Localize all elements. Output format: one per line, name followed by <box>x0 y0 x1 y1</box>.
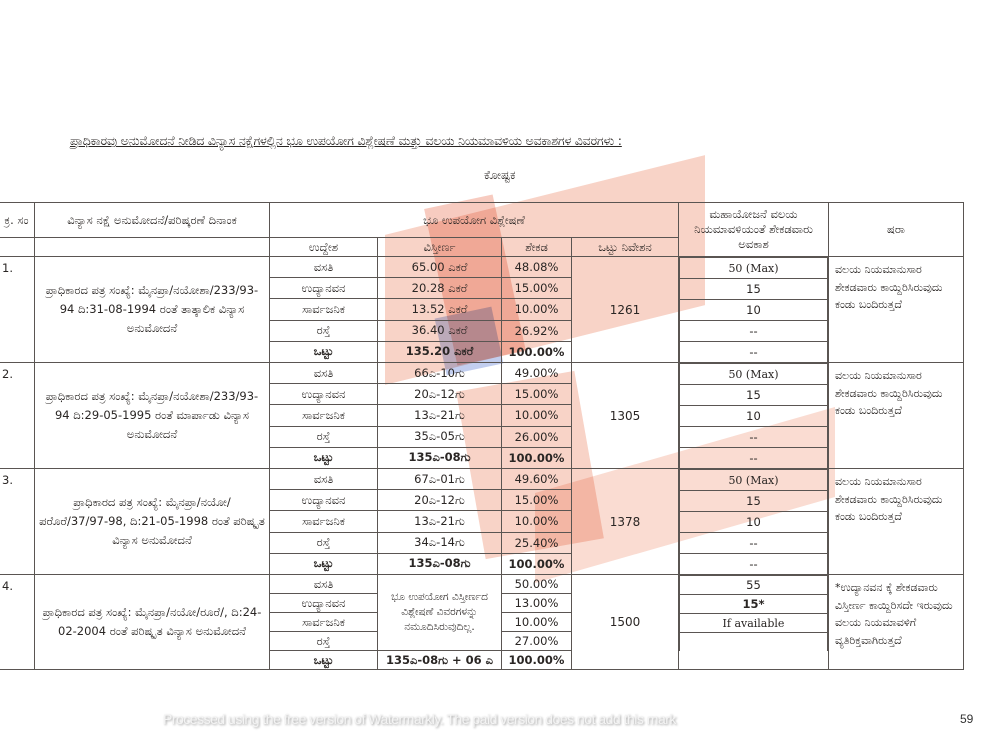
percent-cell: 15.00% <box>502 490 572 511</box>
area-cell: 20ಎ-12ಗು <box>378 384 502 405</box>
area-cell: 13ಎ-21ಗು <box>378 405 502 426</box>
area-cell: 20ಎ-12ಗು <box>378 490 502 511</box>
header-remarks: ಷರಾ <box>829 203 964 257</box>
total-plots: 1305 <box>572 363 679 469</box>
allowance-value: 55 <box>680 576 828 595</box>
total-plots: 1261 <box>572 257 679 363</box>
allowance-cell: 50 (Max)1510---- <box>679 257 829 363</box>
header-purpose: ಉದ್ದೇಶ <box>270 238 378 257</box>
remarks-cell: ವಲಯ ನಿಯಮಾನುಸಾರ ಶೇಕಡವಾರು ಕಾಯ್ದಿರಿಸಿರುವುದು… <box>829 257 964 363</box>
percent-cell: 50.00% <box>502 575 572 594</box>
allowance-value: 10 <box>680 300 828 321</box>
allowance-value: If available <box>680 614 828 633</box>
allowance-value: 15 <box>680 385 828 406</box>
area-cell: 35ಎ-05ಗು <box>378 426 502 447</box>
purpose-cell: ಒಟ್ಟು <box>270 447 378 468</box>
header-total-plots: ಒಟ್ಟು ನಿವೇಶನ <box>572 238 679 257</box>
land-use-table: ಕ್ರ. ಸಂ ವಿನ್ಯಾಸ ನಕ್ಷೆ ಅನುಮೋದನೆ/ಪರಿಷ್ಕರಣೆ… <box>0 202 964 670</box>
allowance-value: -- <box>680 554 828 575</box>
approval-details: ಪ್ರಾಧಿಕಾರದ ಪತ್ರ ಸಂಖ್ಯೆ: ಮೈನಪ್ರಾ/ನಯೋ/ಪರೊರ… <box>35 469 270 575</box>
remarks-cell: ವಲಯ ನಿಯಮಾನುಸಾರ ಶೇಕಡವಾರು ಕಾಯ್ದಿರಿಸಿರುವುದು… <box>829 469 964 575</box>
table-row: 4.ಪ್ರಾಧಿಕಾರದ ಪತ್ರ ಸಂಖ್ಯೆ: ಮೈನಪ್ರಾ/ನಯೋ/ರೂ… <box>0 575 964 594</box>
area-cell: 36.40 ಎಕರೆ <box>378 320 502 341</box>
percent-cell: 10.00% <box>502 613 572 632</box>
purpose-cell: ಸಾರ್ವಜನಿಕ <box>270 511 378 532</box>
header-land-use-analysis: ಭೂ ಉಪಯೋಗ ವಿಶ್ಲೇಷಣೆ <box>270 203 679 238</box>
percent-cell: 100.00% <box>502 447 572 468</box>
table-row: 2.ಪ್ರಾಧಿಕಾರದ ಪತ್ರ ಸಂಖ್ಯೆ: ಮೈನಪ್ರಾ/ನಯೋಶಾ/… <box>0 363 964 384</box>
allowance-list: 5515*If available <box>679 575 828 651</box>
percent-cell: 25.40% <box>502 532 572 553</box>
allowance-value: 10 <box>680 512 828 533</box>
table-row: 3.ಪ್ರಾಧಿಕಾರದ ಪತ್ರ ಸಂಖ್ಯೆ: ಮೈನಪ್ರಾ/ನಯೋ/ಪರ… <box>0 469 964 490</box>
total-plots: 1500 <box>572 575 679 670</box>
purpose-cell: ಉದ್ಯಾನವನ <box>270 490 378 511</box>
header-area: ವಿಸ್ತೀರ್ಣ <box>378 238 502 257</box>
area-cell: 65.00 ಎಕರೆ <box>378 257 502 278</box>
percent-cell: 49.60% <box>502 469 572 490</box>
allowance-value: -- <box>680 427 828 448</box>
percent-cell: 10.00% <box>502 511 572 532</box>
allowance-cell: 50 (Max)1510---- <box>679 363 829 469</box>
allowance-cell: 5515*If available <box>679 575 829 670</box>
allowance-list: 50 (Max)1510---- <box>679 257 828 362</box>
allowance-value: 50 (Max) <box>680 470 828 491</box>
purpose-cell: ಸಾರ್ವಜನಿಕ <box>270 299 378 320</box>
purpose-cell: ವಸತಿ <box>270 257 378 278</box>
purpose-cell: ವಸತಿ <box>270 575 378 594</box>
purpose-cell: ಸಾರ್ವಜನಿಕ <box>270 405 378 426</box>
page-title: ಪ್ರಾಧಿಕಾರವು ಅನುಮೋದನೆ ನೀಡಿದ ವಿನ್ಯಾಸ ನಕ್ಷೆ… <box>70 133 900 149</box>
watermark-text: Processed using the free version of Wate… <box>163 711 676 727</box>
allowance-value: 50 (Max) <box>680 364 828 385</box>
header-percent: ಶೇಕಡ <box>502 238 572 257</box>
purpose-cell: ಉದ್ಯಾನವನ <box>270 384 378 405</box>
allowance-value: -- <box>680 342 828 363</box>
header-sno: ಕ್ರ. ಸಂ <box>0 203 35 238</box>
allowance-value: 15 <box>680 279 828 300</box>
serial-number: 2. <box>0 363 35 469</box>
remarks-cell: ವಲಯ ನಿಯಮಾನುಸಾರ ಶೇಕಡವಾರು ಕಾಯ್ದಿರಿಸಿರುವುದು… <box>829 363 964 469</box>
area-cell: 67ಎ-01ಗು <box>378 469 502 490</box>
table-caption: ಕೋಷ್ಟಕ <box>484 168 515 183</box>
header-sno-blank <box>0 238 35 257</box>
percent-cell: 26.00% <box>502 426 572 447</box>
percent-cell: 15.00% <box>502 384 572 405</box>
allowance-value <box>680 633 828 652</box>
allowance-cell: 50 (Max)1510---- <box>679 469 829 575</box>
percent-cell: 100.00% <box>502 553 572 574</box>
area-cell: 135ಎ-08ಗು + 06 ಎ <box>378 651 502 670</box>
purpose-cell: ವಸತಿ <box>270 363 378 384</box>
purpose-cell: ಉದ್ಯಾನವನ <box>270 594 378 613</box>
percent-cell: 10.00% <box>502 299 572 320</box>
purpose-cell: ರಸ್ತೆ <box>270 426 378 447</box>
header-layout-blank <box>35 238 270 257</box>
purpose-cell: ರಸ್ತೆ <box>270 320 378 341</box>
purpose-cell: ರಸ್ತೆ <box>270 532 378 553</box>
purpose-cell: ವಸತಿ <box>270 469 378 490</box>
page-number: 59 <box>960 712 973 726</box>
purpose-cell: ಒಟ್ಟು <box>270 553 378 574</box>
allowance-value: 15 <box>680 491 828 512</box>
approval-details: ಪ್ರಾಧಿಕಾರದ ಪತ್ರ ಸಂಖ್ಯೆ: ಮೈನಪ್ರಾ/ನಯೋ/ರೂರೆ… <box>35 575 270 670</box>
total-plots: 1378 <box>572 469 679 575</box>
approval-details: ಪ್ರಾಧಿಕಾರದ ಪತ್ರ ಸಂಖ್ಯೆ: ಮೈನಪ್ರಾ/ನಯೋಶಾ/23… <box>35 257 270 363</box>
percent-cell: 15.00% <box>502 278 572 299</box>
area-note: ಭೂ ಉಪಯೋಗ ವಿಸ್ತೀರ್ಣದ ವಿಶ್ಲೇಷಣೆ ವಿವರಗಳನ್ನು… <box>378 575 502 651</box>
purpose-cell: ಒಟ್ಟು <box>270 651 378 670</box>
area-cell: 66ಎ-10ಗು <box>378 363 502 384</box>
area-cell: 135.20 ಎಕರೆ <box>378 341 502 362</box>
allowance-value: 50 (Max) <box>680 258 828 279</box>
purpose-cell: ರಸ್ತೆ <box>270 632 378 651</box>
remarks-cell: *ಉದ್ಯಾನವನ ಕ್ಕೆ ಶೇಕಡವಾರು ವಿಸ್ತೀರ್ಣ ಕಾಯ್ದಿ… <box>829 575 964 670</box>
header-zoning-allowance: ಮಹಾಯೋಜನೆ ವಲಯ ನಿಯಮಾವಳಿಯಂತೆ ಶೇಕಡವಾರು ಅವಕಾಶ <box>679 203 829 257</box>
purpose-cell: ಉದ್ಯಾನವನ <box>270 278 378 299</box>
approval-details: ಪ್ರಾಧಿಕಾರದ ಪತ್ರ ಸಂಖ್ಯೆ: ಮೈನಪ್ರಾ/ನಯೋಶಾ/23… <box>35 363 270 469</box>
purpose-cell: ಸಾರ್ವಜನಿಕ <box>270 613 378 632</box>
percent-cell: 13.00% <box>502 594 572 613</box>
allowance-value: -- <box>680 321 828 342</box>
header-layout-approval: ವಿನ್ಯಾಸ ನಕ್ಷೆ ಅನುಮೋದನೆ/ಪರಿಷ್ಕರಣೆ ದಿನಾಂಕ <box>35 203 270 238</box>
allowance-value: 10 <box>680 406 828 427</box>
percent-cell: 49.00% <box>502 363 572 384</box>
percent-cell: 48.08% <box>502 257 572 278</box>
area-cell: 34ಎ-14ಗು <box>378 532 502 553</box>
area-cell: 135ಎ-08ಗು <box>378 553 502 574</box>
allowance-value: -- <box>680 533 828 554</box>
percent-cell: 100.00% <box>502 651 572 670</box>
allowance-list: 50 (Max)1510---- <box>679 363 828 468</box>
percent-cell: 10.00% <box>502 405 572 426</box>
area-cell: 135ಎ-08ಗು <box>378 447 502 468</box>
percent-cell: 26.92% <box>502 320 572 341</box>
percent-cell: 100.00% <box>502 341 572 362</box>
allowance-list: 50 (Max)1510---- <box>679 469 828 574</box>
table-row: 1.ಪ್ರಾಧಿಕಾರದ ಪತ್ರ ಸಂಖ್ಯೆ: ಮೈನಪ್ರಾ/ನಯೋಶಾ/… <box>0 257 964 278</box>
percent-cell: 27.00% <box>502 632 572 651</box>
area-cell: 20.28 ಎಕರೆ <box>378 278 502 299</box>
allowance-value: 15* <box>680 595 828 614</box>
allowance-value: -- <box>680 448 828 469</box>
serial-number: 4. <box>0 575 35 670</box>
area-cell: 13ಎ-21ಗು <box>378 511 502 532</box>
serial-number: 1. <box>0 257 35 363</box>
purpose-cell: ಒಟ್ಟು <box>270 341 378 362</box>
area-cell: 13.52 ಎಕರೆ <box>378 299 502 320</box>
serial-number: 3. <box>0 469 35 575</box>
